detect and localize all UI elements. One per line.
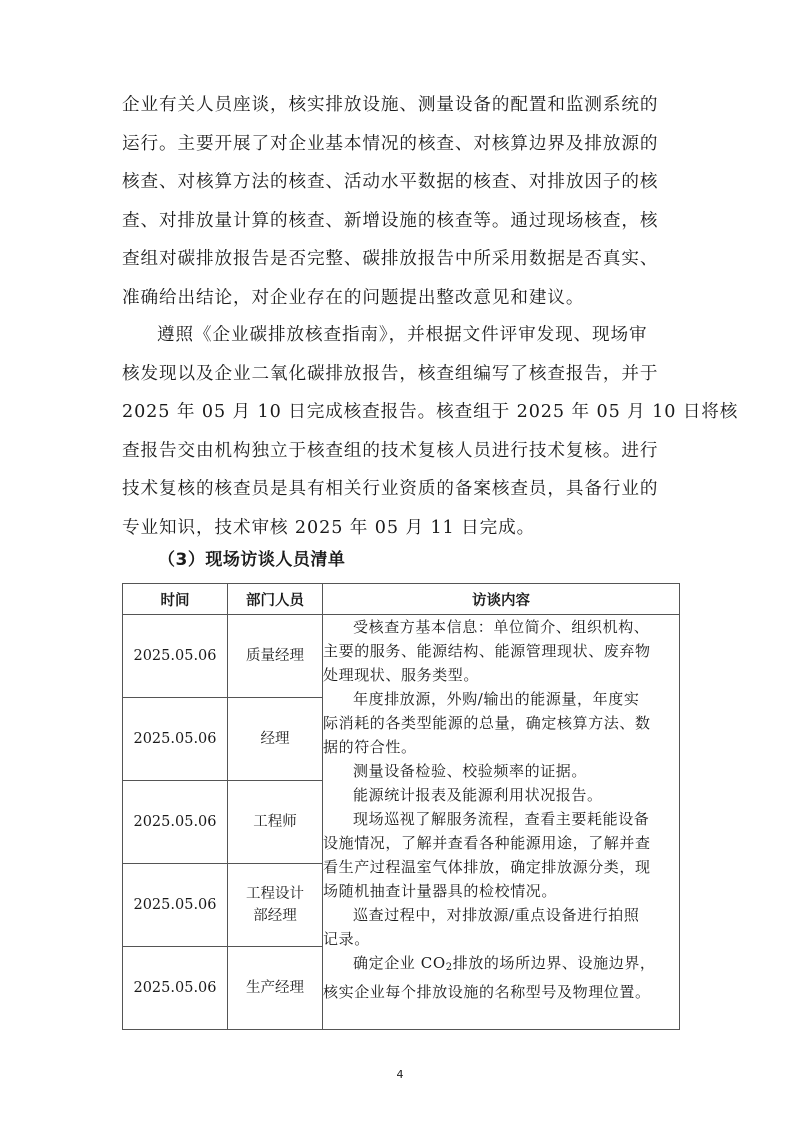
cell-person: 生产经理 [228, 947, 323, 1030]
content-line: 处理现状、服务类型。 [323, 663, 679, 687]
text-line: 查、对排放量计算的核查、新增设施的核查等。通过现场核查，核 [122, 202, 682, 241]
text-line: 准确给出结论，对企业存在的问题提出整改意见和建议。 [122, 279, 682, 318]
content-line: 看生产过程温室气体排放，确定排放源分类，现 [323, 855, 679, 879]
content-line: 受核查方基本信息：单位简介、组织机构、 [323, 615, 679, 639]
cell-date: 2025.05.06 [123, 698, 228, 781]
cell-date: 2025.05.06 [123, 615, 228, 698]
text-line: 查报告交由机构独立于核查组的技术复核人员进行技术复核。进行 [122, 432, 682, 471]
text-line: 查组对碳排放报告是否完整、碳排放报告中所采用数据是否真实、 [122, 240, 682, 279]
cell-interview-content: 受核查方基本信息：单位简介、组织机构、 主要的服务、能源结构、能源管理现状、废弃… [323, 615, 680, 1030]
text-line: 核发现以及企业二氧化碳排放报告，核查组编写了核查报告，并于 [122, 355, 682, 394]
paragraph-report-compilation: 遵照《企业碳排放核查指南》，并根据文件评审发现、现场审 核发现以及企业二氧化碳排… [122, 316, 682, 547]
cell-date: 2025.05.06 [123, 864, 228, 947]
content-line: 年度排放源，外购/输出的能源量，年度实 [323, 687, 679, 711]
cell-person: 经理 [228, 698, 323, 781]
column-header-content: 访谈内容 [323, 584, 680, 615]
text-line: 运行。主要开展了对企业基本情况的核查、对核算边界及排放源的 [122, 125, 682, 164]
cell-person: 工程师 [228, 781, 323, 864]
content-line: 记录。 [323, 927, 679, 951]
text-line: 技术复核的核查员是具有相关行业资质的备案核查员，具备行业的 [122, 470, 682, 509]
person-line: 工程设计 [246, 886, 304, 902]
co2-subscript: 2 [446, 962, 453, 973]
text-line: 企业有关人员座谈，核实排放设施、测量设备的配置和监测系统的 [122, 86, 682, 125]
text-line: 核查、对核算方法的核查、活动水平数据的核查、对排放因子的核 [122, 163, 682, 202]
person-line: 部经理 [253, 908, 297, 924]
column-header-department: 部门人员 [228, 584, 323, 615]
column-header-time: 时间 [123, 584, 228, 615]
cell-date: 2025.05.06 [123, 781, 228, 864]
table-header-row: 时间 部门人员 访谈内容 [123, 584, 680, 615]
page-number: 4 [395, 1068, 405, 1081]
content-line: 场随机抽查计量器具的检校情况。 [323, 879, 679, 903]
cell-person: 质量经理 [228, 615, 323, 698]
content-line: 能源统计报表及能源利用状况报告。 [323, 783, 679, 807]
content-line: 主要的服务、能源结构、能源管理现状、废弃物 [323, 639, 679, 663]
content-line: 测量设备检验、校验频率的证据。 [323, 759, 679, 783]
cell-date: 2025.05.06 [123, 947, 228, 1030]
cell-person: 工程设计 部经理 [228, 864, 323, 947]
content-line: 据的符合性。 [323, 735, 679, 759]
section-title: （3）现场访谈人员清单 [158, 545, 345, 570]
interview-personnel-table: 时间 部门人员 访谈内容 2025.05.06 质量经理 受核查方基本信息：单位… [122, 583, 680, 1030]
paragraph-verification-process: 企业有关人员座谈，核实排放设施、测量设备的配置和监测系统的 运行。主要开展了对企… [122, 86, 682, 317]
content-line: 际消耗的各类型能源的总量，确定核算方法、数 [323, 711, 679, 735]
content-line: 巡查过程中，对排放源/重点设备进行拍照 [323, 903, 679, 927]
co2-suffix: 排放的场所边界、设施边界， [453, 954, 656, 972]
content-line-co2: 确定企业 CO2排放的场所边界、设施边界， [323, 951, 679, 980]
text-line: 专业知识，技术审核 2025 年 05 月 11 日完成。 [122, 509, 682, 548]
table-row: 2025.05.06 质量经理 受核查方基本信息：单位简介、组织机构、 主要的服… [123, 615, 680, 698]
content-line: 现场巡视了解服务流程，查看主要耗能设备 [323, 807, 679, 831]
text-line: 遵照《企业碳排放核查指南》，并根据文件评审发现、现场审 [122, 316, 682, 355]
co2-prefix: 确定企业 CO [353, 954, 446, 972]
content-line: 设施情况，了解并查看各种能源用途，了解并查 [323, 831, 679, 855]
content-line: 核实企业每个排放设施的名称型号及物理位置。 [323, 980, 679, 1004]
text-line: 2025 年 05 月 10 日完成核查报告。核查组于 2025 年 05 月 … [122, 393, 682, 432]
